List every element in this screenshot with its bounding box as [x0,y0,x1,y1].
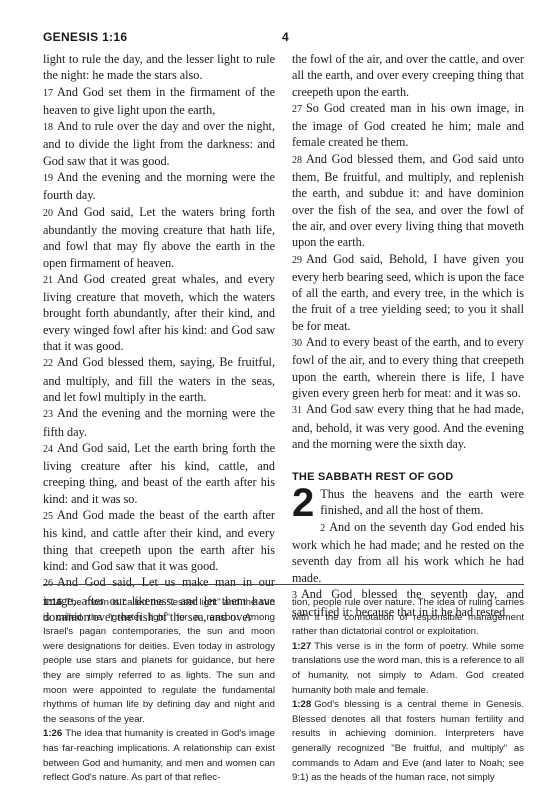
verse: 17And God set them in the firmament of t… [43,84,275,119]
footnote-text: The idea that humanity is created in God… [43,728,275,783]
footnote-text: The moon is called the "lesser light" an… [43,597,275,725]
verse-text: And on the seventh day God ended his wor… [292,520,524,585]
verse-text: And God set them in the firmament of the… [43,85,275,117]
verse: 19And the evening and the morning were t… [43,169,275,204]
verse-text: And God made the beast of the earth afte… [43,508,275,573]
verse-number: 30 [292,338,302,349]
verse: 27So God created man in his own image, i… [292,100,524,151]
verse-text: And the evening and the morning were the… [43,170,275,202]
verse-number: 23 [43,409,53,420]
verse: 30And to every beast of the earth, and t… [292,334,524,401]
verse: 24And God said, Let the earth bring fort… [43,440,275,507]
verse: 25And God made the beast of the earth af… [43,507,275,574]
verse-text: And God created great whales, and every … [43,272,275,353]
verse-text: And God said, Behold, I have given you e… [292,252,524,333]
verse: light to rule the day, and the lesser li… [43,51,275,84]
verse-number: 25 [43,511,53,522]
verse: 22And God blessed them, saying, Be fruit… [43,354,275,405]
verse-number: 28 [292,155,302,166]
verse-number: 22 [43,358,53,369]
verse-number: 19 [43,173,53,184]
verse: 20And God said, Let the waters bring for… [43,204,275,271]
section-heading: THE SABBATH REST OF GOD [292,469,524,485]
footnote-divider [43,584,524,585]
verse-text: And God said, Let the earth bring forth … [43,441,275,506]
footnotes-column-right: tion, people rule over nature. The idea … [292,596,524,786]
footnote: 1:26The idea that humanity is created in… [43,727,275,785]
verse-text: And God blessed them, and God said unto … [292,152,524,249]
verse-number: 24 [43,444,53,455]
verse-text: And God said, Let the waters bring forth… [43,205,275,270]
footnote: 1:16The moon is called the "lesser light… [43,596,275,727]
book-chapter-reference: GENESIS 1:16 [43,30,127,44]
footnote-reference: 1:28 [292,699,311,710]
footnote-text: God's blessing is a central theme in Gen… [292,699,524,783]
verse-number: 20 [43,208,53,219]
chapter-opening-verse: 2Thus the heavens and the earth were fin… [292,486,524,519]
chapter-number: 2 [292,488,314,519]
verse-text: So God created man in his own image, in … [292,101,524,150]
verse-text: And God blessed them, saying, Be fruitfu… [43,355,275,404]
footnote-reference: 1:26 [43,728,62,739]
footnote-reference: 1:16 [43,597,62,608]
verse-number: 2 [320,523,325,534]
verse-text: And to every beast of the earth, and to … [292,335,524,400]
verse-number: 18 [43,122,53,133]
verse-number: 21 [43,275,53,286]
footnote: 1:28God's blessing is a central theme in… [292,698,524,786]
page-number: 4 [282,30,289,44]
verse: 23And the evening and the morning were t… [43,405,275,440]
verse-text: the fowl of the air, and over the cattle… [292,52,524,99]
scripture-column-right: the fowl of the air, and over the cattle… [292,51,524,621]
verse: the fowl of the air, and over the cattle… [292,51,524,100]
verse-text: light to rule the day, and the lesser li… [43,52,275,82]
footnote: 1:27This verse is in the form of poetry.… [292,640,524,698]
footnote-text: This verse is in the form of poetry. Whi… [292,641,524,696]
verse-text: And God saw every thing that he had made… [292,402,524,451]
verse-number: 17 [43,88,53,99]
verse-number: 27 [292,104,302,115]
running-head: GENESIS 1:16 4 [43,30,524,46]
verse: 28And God blessed them, and God said unt… [292,151,524,251]
footnote: tion, people rule over nature. The idea … [292,596,524,640]
verse-text: And to rule over the day and over the ni… [43,119,275,168]
verse: 21And God created great whales, and ever… [43,271,275,354]
footnotes-column-left: 1:16The moon is called the "lesser light… [43,596,275,786]
verse: 31And God saw every thing that he had ma… [292,401,524,452]
verse: 2And on the seventh day God ended his wo… [292,519,524,586]
footnote-reference: 1:27 [292,641,311,652]
verse-number: 31 [292,405,302,416]
footnote-text: tion, people rule over nature. The idea … [292,597,524,637]
verse: 29And God said, Behold, I have given you… [292,251,524,334]
verse: 18And to rule over the day and over the … [43,118,275,169]
scripture-column-left: light to rule the day, and the lesser li… [43,51,275,625]
verse-number: 29 [292,255,302,266]
verse-text: And the evening and the morning were the… [43,406,275,438]
verse-text: Thus the heavens and the earth were fini… [320,487,524,517]
